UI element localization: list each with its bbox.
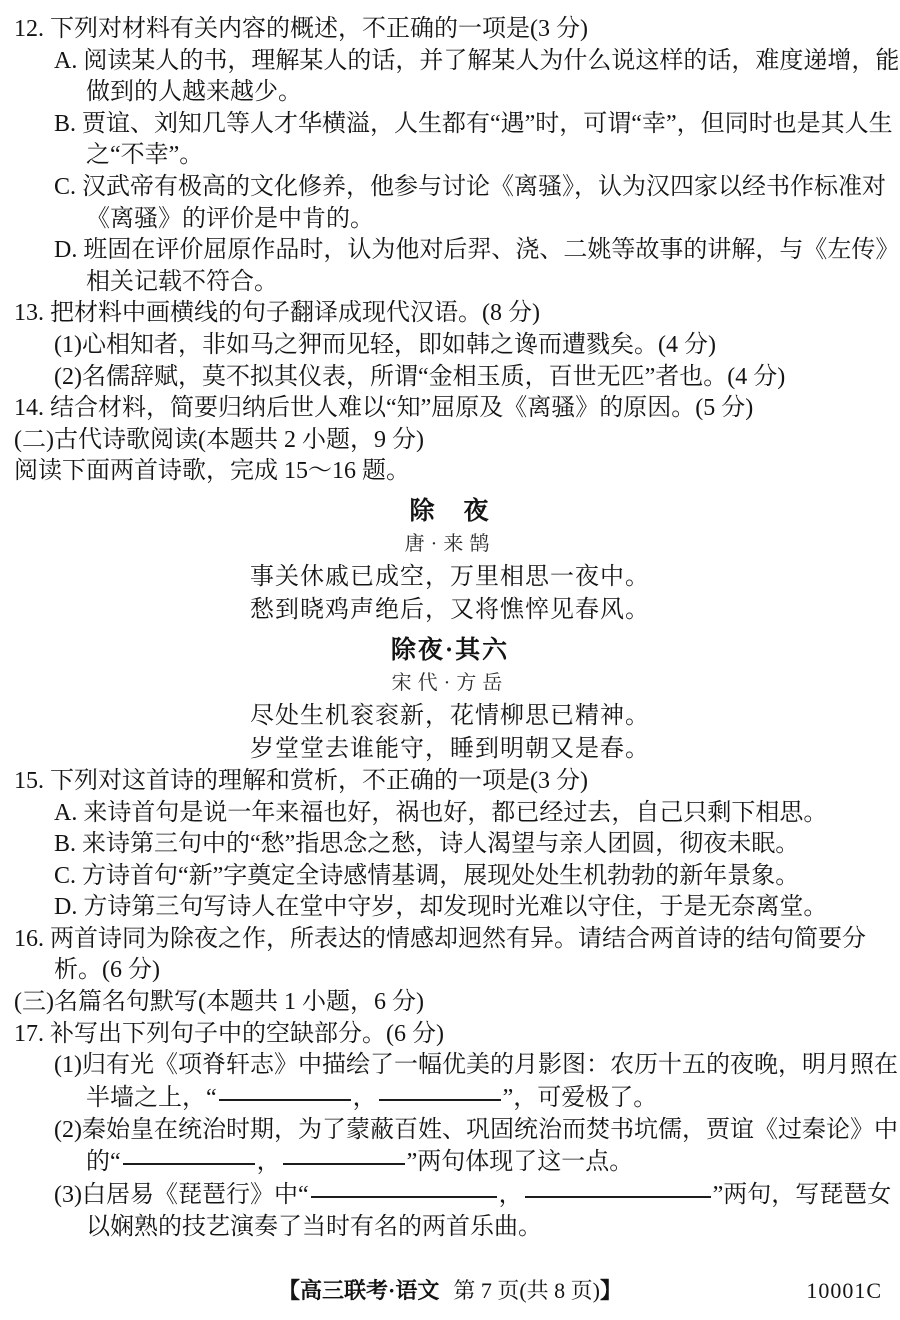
q13-sentence-1: (1)心相知者，非如马之狎而见轻，即如韩之谗而遭戮矣。(4 分) — [0, 330, 900, 362]
q12-option-a: A. 阅读某人的书，理解某人的话，并了解某人为什么说这样的话，难度递增，能 — [0, 46, 900, 78]
q12-option-d-wrap: 相关记载不符合。 — [0, 267, 900, 299]
q17-item-3-blank-line: (3)白居易《琵琶行》中“，”两句，写琵琶女 — [0, 1179, 900, 1212]
q15-option-a: A. 来诗首句是说一年来福也好，祸也好，都已经过去，自己只剩下相思。 — [0, 798, 900, 830]
exam-content: 12. 下列对材料有关内容的概述，不正确的一项是(3 分) A. 阅读某人的书，… — [0, 0, 900, 1244]
answer-blank — [219, 1098, 351, 1101]
q17-item-1-post: ”，可爱极了。 — [503, 1085, 658, 1111]
q17-item-3-comma: ， — [499, 1182, 523, 1208]
section-2-heading: (二)古代诗歌阅读(本题共 2 小题，9 分) — [0, 425, 900, 457]
q15-option-b: B. 来诗第三句中的“愁”指思念之愁，诗人渴望与亲人团圆，彻夜未眠。 — [0, 829, 900, 861]
q17-stem: 17. 补写出下列句子中的空缺部分。(6 分) — [0, 1019, 900, 1051]
q17-item-2-comma: ， — [257, 1149, 281, 1175]
q15-stem: 15. 下列对这首诗的理解和赏析，不正确的一项是(3 分) — [0, 766, 900, 798]
section-3-heading: (三)名篇名句默写(本题共 1 小题，6 分) — [0, 987, 900, 1019]
q12-option-c-wrap: 《离骚》的评价是中肯的。 — [0, 204, 900, 236]
q17-item-2-post: ”两句体现了这一点。 — [407, 1149, 634, 1175]
footer-bracket-open: 【 — [278, 1278, 300, 1303]
poem-2: 除夜·其六 宋代·方岳 尽处生机衮衮新，花情柳思已精神。 岁堂堂去谁能守，睡到明… — [0, 634, 900, 766]
reading-instruction: 阅读下面两首诗歌，完成 15～16 题。 — [0, 456, 900, 488]
q12-option-b-wrap: 之“不幸”。 — [0, 140, 900, 172]
answer-blank — [525, 1195, 711, 1198]
q12-option-c: C. 汉武帝有极高的文化修养，他参与讨论《离骚》，认为汉四家以经书作标准对 — [0, 172, 900, 204]
q17-item-3-line-2: 以娴熟的技艺演奏了当时有名的两首乐曲。 — [0, 1212, 900, 1244]
q17-item-1-pre: 半墙之上，“ — [86, 1085, 217, 1111]
q17-item-2-pre: 的“ — [86, 1149, 121, 1175]
poem-2-line-2: 岁堂堂去谁能守，睡到明朝又是春。 — [0, 733, 900, 766]
q16-stem: 16. 两首诗同为除夜之作，所表达的情感却迥然有异。请结合两首诗的结句简要分 — [0, 924, 900, 956]
poem-2-author: 宋代·方岳 — [0, 667, 900, 700]
exam-page: 12. 下列对材料有关内容的概述，不正确的一项是(3 分) A. 阅读某人的书，… — [0, 0, 900, 1320]
footer-bracket-close: 】 — [600, 1278, 622, 1303]
q12-option-b: B. 贾谊、刘知几等人才华横溢，人生都有“遇”时，可谓“幸”，但同时也是其人生 — [0, 109, 900, 141]
page-footer: 【高三联考·语文第 7 页(共 8 页)】 10001C — [0, 1276, 900, 1306]
q17-item-2-blank-line: 的“，”两句体现了这一点。 — [0, 1146, 900, 1179]
footer-center-text: 【高三联考·语文第 7 页(共 8 页)】 — [0, 1276, 900, 1306]
q16-stem-wrap: 析。(6 分) — [0, 955, 900, 987]
q17-item-3-post: ”两句，写琵琶女 — [713, 1182, 892, 1208]
answer-blank — [379, 1098, 501, 1101]
poem-2-line-1: 尽处生机衮衮新，花情柳思已精神。 — [0, 700, 900, 733]
q14-stem: 14. 结合材料，简要归纳后世人难以“知”屈原及《离骚》的原因。(5 分) — [0, 393, 900, 425]
q17-item-2-line-1: (2)秦始皇在统治时期，为了蒙蔽百姓、巩固统治而焚书坑儒，贾谊《过秦论》中 — [0, 1115, 900, 1147]
paper-code: 10001C — [806, 1276, 882, 1306]
poem-1-title: 除 夜 — [0, 495, 900, 528]
q15-option-d: D. 方诗第三句写诗人在堂中守岁，却发现时光难以守住，于是无奈离堂。 — [0, 892, 900, 924]
poem-1-author: 唐·来鹄 — [0, 528, 900, 561]
answer-blank — [123, 1162, 255, 1165]
footer-exam-title: 高三联考·语文 — [300, 1278, 439, 1303]
q17-item-1-comma: ， — [353, 1085, 377, 1111]
q17-item-1-line-1: (1)归有光《项脊轩志》中描绘了一幅优美的月影图：农历十五的夜晚，明月照在 — [0, 1050, 900, 1082]
answer-blank — [283, 1162, 405, 1165]
answer-blank — [311, 1195, 497, 1198]
q13-stem: 13. 把材料中画横线的句子翻译成现代汉语。(8 分) — [0, 298, 900, 330]
poem-1: 除 夜 唐·来鹄 事关休戚已成空，万里相思一夜中。 愁到晓鸡声绝后，又将憔悴见春… — [0, 495, 900, 627]
q15-option-c: C. 方诗首句“新”字奠定全诗感情基调，展现处处生机勃勃的新年景象。 — [0, 861, 900, 893]
q17-item-1-blank-line: 半墙之上，“，”，可爱极了。 — [0, 1082, 900, 1115]
q12-option-d: D. 班固在评价屈原作品时，认为他对后羿、浇、二姚等故事的讲解，与《左传》中 — [0, 235, 900, 267]
poem-2-title: 除夜·其六 — [0, 634, 900, 667]
poem-1-line-1: 事关休戚已成空，万里相思一夜中。 — [0, 561, 900, 594]
poem-1-line-2: 愁到晓鸡声绝后，又将憔悴见春风。 — [0, 594, 900, 627]
q13-sentence-2: (2)名儒辞赋，莫不拟其仪表，所谓“金相玉质，百世无匹”者也。(4 分) — [0, 362, 900, 394]
q17-item-3-pre: (3)白居易《琵琶行》中“ — [54, 1182, 309, 1208]
q12-option-a-wrap: 做到的人越来越少。 — [0, 77, 900, 109]
footer-page-number: 第 7 页(共 8 页) — [453, 1278, 600, 1303]
q12-stem: 12. 下列对材料有关内容的概述，不正确的一项是(3 分) — [0, 14, 900, 46]
